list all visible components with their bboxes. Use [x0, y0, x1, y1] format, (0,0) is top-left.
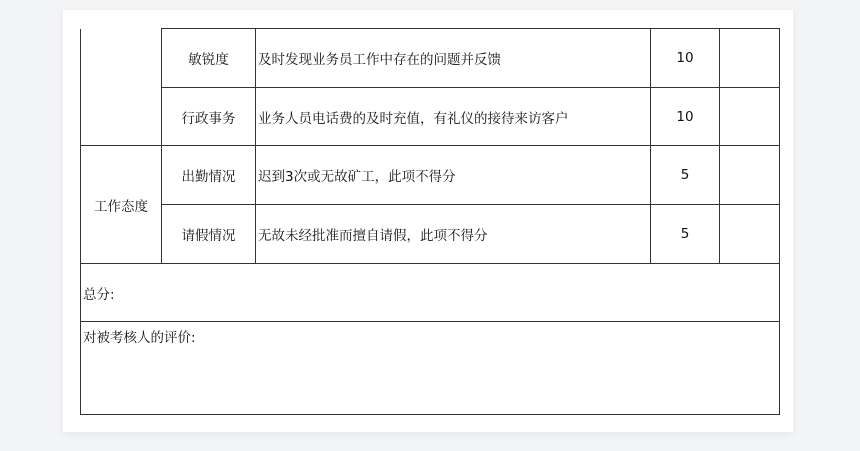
actual-score-cell[interactable]	[720, 88, 780, 146]
criteria-cell: 业务人员电话费的及时充值，有礼仪的接待来访客户	[256, 88, 651, 146]
criteria-cell: 无故未经批准而擅自请假，此项不得分	[256, 205, 651, 264]
table-row: 敏锐度 及时发现业务员工作中存在的问题并反馈 10	[81, 29, 780, 88]
score-cell: 5	[651, 205, 720, 264]
item-cell: 出勤情况	[162, 146, 256, 205]
table-row: 请假情况 无故未经批准而擅自请假，此项不得分 5	[81, 205, 780, 264]
assessment-table: 敏锐度 及时发现业务员工作中存在的问题并反馈 10 行政事务 业务人员电话费的及…	[80, 28, 780, 415]
category-cell: 工作态度	[81, 146, 162, 264]
table-row: 行政事务 业务人员电话费的及时充值，有礼仪的接待来访客户 10	[81, 88, 780, 146]
evaluation-row: 对被考核人的评价:	[81, 322, 780, 415]
evaluation-cell[interactable]: 对被考核人的评价:	[81, 322, 780, 415]
score-cell: 5	[651, 146, 720, 205]
actual-score-cell[interactable]	[720, 29, 780, 88]
criteria-cell: 迟到3次或无故矿工，此项不得分	[256, 146, 651, 205]
total-row: 总分:	[81, 264, 780, 322]
actual-score-cell[interactable]	[720, 205, 780, 264]
item-cell: 请假情况	[162, 205, 256, 264]
category-cell-continued	[81, 29, 162, 146]
table-row: 工作态度 出勤情况 迟到3次或无故矿工，此项不得分 5	[81, 146, 780, 205]
score-cell: 10	[651, 29, 720, 88]
item-cell: 敏锐度	[162, 29, 256, 88]
total-score-cell[interactable]: 总分:	[81, 264, 780, 322]
item-cell: 行政事务	[162, 88, 256, 146]
criteria-cell: 及时发现业务员工作中存在的问题并反馈	[256, 29, 651, 88]
actual-score-cell[interactable]	[720, 146, 780, 205]
score-cell: 10	[651, 88, 720, 146]
